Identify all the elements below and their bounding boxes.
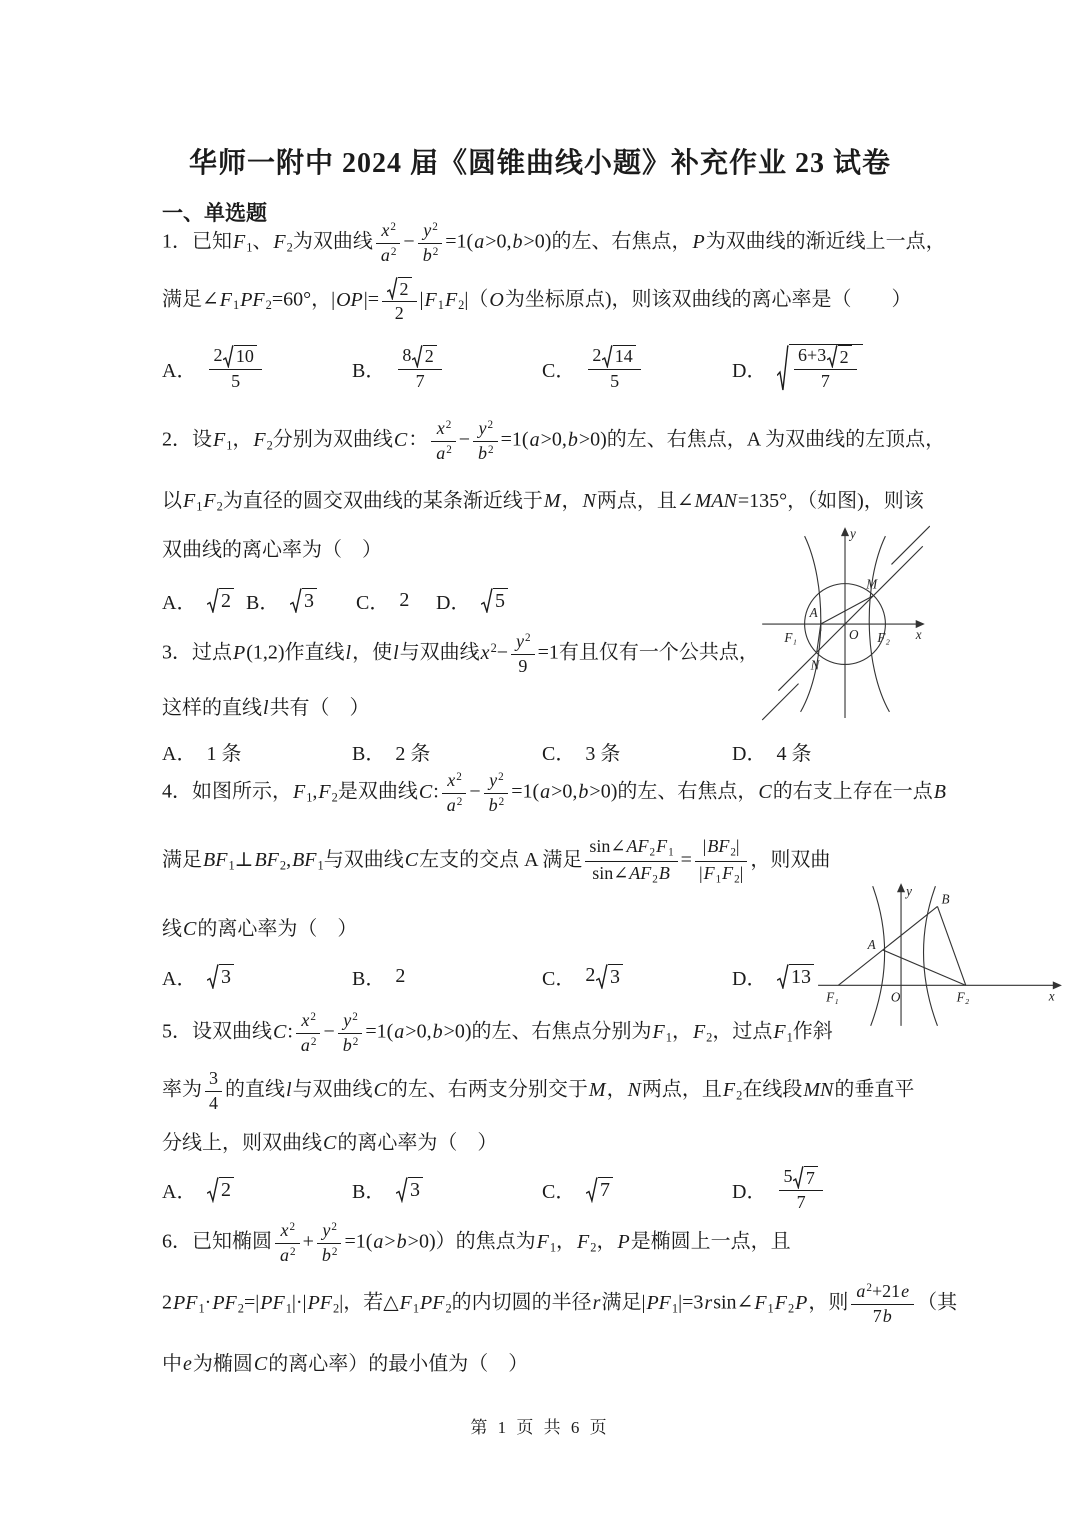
q4-option-a: A．3 xyxy=(162,962,352,991)
q2-option-a: A．2 xyxy=(162,586,246,615)
q4-line-2: 满足BF1⊥BF2,BF1与双曲线C左支的交点 A 满足sin∠AF2F1sin… xyxy=(162,836,830,886)
segment-AM xyxy=(821,596,874,624)
option-label: C． xyxy=(356,586,389,615)
asymptote-line xyxy=(778,546,922,690)
option-label: B． xyxy=(352,737,385,766)
label-M: M xyxy=(865,577,878,592)
q3-line-1: 3．过点P(1,2)作直线l，使l与双曲线x2−y29=1有且仅有一个公共点， xyxy=(162,631,759,677)
q2-option-d: D．5 xyxy=(436,586,509,615)
option-label: C． xyxy=(542,354,575,383)
option-label: A． xyxy=(162,737,196,766)
q2-line-3: 双曲线的离心率为（ ） xyxy=(162,538,382,563)
option-value: 2 xyxy=(206,1177,235,1202)
hyperbola-left-branch xyxy=(871,886,885,1026)
option-label: A． xyxy=(162,962,196,991)
option-value: 1 条 xyxy=(206,737,241,766)
q6-line-1: 6．已知椭圆x2a2+y2b2=1(a>b>0)）的焦点为F1，F2，P是椭圆上… xyxy=(162,1220,791,1266)
option-label: B． xyxy=(352,354,385,383)
q5-line-2: 率为34的直线l与双曲线C的左、右两支分别交于M，N两点，且F2在线段MN的垂直… xyxy=(162,1068,914,1114)
option-label: D． xyxy=(732,354,766,383)
q5-line-3: 分线上，则双曲线C的离心率为（ ） xyxy=(162,1131,497,1156)
option-label: C． xyxy=(542,737,575,766)
option-label: D． xyxy=(732,1175,766,1204)
q3-options: A．1 条 B．2 条 C．3 条 D．4 条 xyxy=(162,737,922,766)
option-value: 3 xyxy=(395,1177,424,1202)
q2-figure: y x M N A O F₁ F₂ xyxy=(758,520,930,722)
q2-line-1: 2．设F1，F2分别为双曲线C：x2a2−y2b2=1(a>0,b>0)的左、右… xyxy=(162,418,945,464)
q6-line-2: 2PF1·PF2=|PF1|·|PF2|，若△F1PF2的内切圆的半径r满足|P… xyxy=(162,1281,957,1327)
q5-option-a: A．2 xyxy=(162,1175,352,1204)
exam-page: 华师一附中 2024 届《圆锥曲线小题》补充作业 23 试卷 一、单选题 1．已… xyxy=(0,0,1080,1528)
option-value: 2 xyxy=(399,589,409,612)
option-value: 577 xyxy=(776,1166,825,1214)
label-B: B xyxy=(942,891,950,906)
label-A: A xyxy=(809,605,819,620)
page-title: 华师一附中 2024 届《圆锥曲线小题》补充作业 23 试卷 xyxy=(0,141,1080,181)
option-label: A． xyxy=(162,354,196,383)
q1-option-a: A．2105 xyxy=(162,345,352,393)
label-F2: F₂ xyxy=(876,630,890,645)
option-label: A． xyxy=(162,1175,196,1204)
q5-option-b: B．3 xyxy=(352,1175,542,1204)
option-value: 3 条 xyxy=(585,737,620,766)
q4-line-3: 线C的离心率为（ ） xyxy=(162,917,357,942)
option-value: 2105 xyxy=(206,345,264,393)
option-value: 2145 xyxy=(585,345,643,393)
label-x: x xyxy=(1048,989,1055,1004)
q2-option-b: B．3 xyxy=(246,586,356,615)
option-value: 3 xyxy=(289,588,318,613)
y-axis-arrow xyxy=(897,883,905,892)
q5-option-d: D．577 xyxy=(732,1166,922,1214)
label-N: N xyxy=(810,657,821,672)
option-value: 3 xyxy=(206,964,235,989)
q3-line-2: 这样的直线l共有（ ） xyxy=(162,696,370,721)
q5-option-c: C．7 xyxy=(542,1175,732,1204)
label-O: O xyxy=(849,627,859,642)
q3-option-a: A．1 条 xyxy=(162,737,352,766)
q4-figure: y x B A O F₁ F₂ xyxy=(812,878,1070,1030)
option-value: 23 xyxy=(585,964,624,989)
option-value: 13 xyxy=(776,964,815,989)
page-footer: 第 1 页 共 6 页 xyxy=(0,1413,1080,1438)
option-label: A． xyxy=(162,586,196,615)
hyperbola-right-branch xyxy=(924,886,938,1026)
option-value: 827 xyxy=(395,345,444,393)
label-y: y xyxy=(904,883,912,898)
q5-options: A．2 B．3 C．7 D．577 xyxy=(162,1166,922,1214)
q2-options: A．2 B．3 C．2 D．5 xyxy=(162,586,509,615)
q4-options: A．3 B．2 C．23 D．13 xyxy=(162,962,922,991)
option-value: 7 xyxy=(585,1177,614,1202)
q3-option-c: C．3 条 xyxy=(542,737,732,766)
q2-line-2: 以F1F2为直径的圆交双曲线的某条渐近线于M，N两点，且∠MAN=135°，（如… xyxy=(162,489,924,515)
label-O: O xyxy=(891,990,901,1005)
q6-line-3: 中e为椭圆C的离心率）的最小值为（ ） xyxy=(162,1352,528,1377)
option-label: D． xyxy=(436,586,470,615)
y-axis-arrow xyxy=(841,527,849,536)
segment-BF2 xyxy=(937,906,965,985)
q5-line-1: 5．设双曲线C:x2a2−y2b2=1(a>0,b>0)的左、右焦点分别为F1，… xyxy=(162,1010,833,1056)
q1-line-1: 1．已知F1、F2为双曲线x2a2−y2b2=1(a>0,b>0)的左、右焦点，… xyxy=(162,220,946,266)
q4-line-1: 4．如图所示，F1,F2是双曲线C:x2a2−y2b2=1(a>0,b>0)的左… xyxy=(162,770,947,816)
q3-option-b: B．2 条 xyxy=(352,737,542,766)
segment-AF2 xyxy=(883,950,966,985)
option-label: D． xyxy=(732,737,766,766)
q2-option-c: C．2 xyxy=(356,586,436,615)
segment-F1B xyxy=(838,906,937,985)
option-label: C． xyxy=(542,1175,575,1204)
q1-option-d: D．6+327 xyxy=(732,344,922,393)
q4-option-c: C．23 xyxy=(542,962,732,991)
q3-option-d: D．4 条 xyxy=(732,737,922,766)
option-label: D． xyxy=(732,962,766,991)
option-value: 2 条 xyxy=(395,737,430,766)
q1-options: A．2105 B．827 C．2145 D．6+327 xyxy=(162,344,922,393)
option-value: 5 xyxy=(480,588,509,613)
q4-figure-svg: y x B A O F₁ F₂ xyxy=(812,878,1070,1030)
q1-option-c: C．2145 xyxy=(542,345,732,393)
q1-option-b: B．827 xyxy=(352,345,542,393)
label-x: x xyxy=(915,627,922,642)
label-F1: F₁ xyxy=(825,990,839,1005)
option-value: 2 xyxy=(206,588,235,613)
option-value: 6+327 xyxy=(776,344,863,393)
option-label: C． xyxy=(542,962,575,991)
option-label: B． xyxy=(352,1175,385,1204)
label-F2: F₂ xyxy=(956,990,970,1005)
option-value: 4 条 xyxy=(776,737,811,766)
label-y: y xyxy=(848,526,856,541)
option-label: B． xyxy=(352,962,385,991)
option-label: B． xyxy=(246,586,279,615)
q2-figure-svg: y x M N A O F₁ F₂ xyxy=(758,520,930,722)
label-F1: F₁ xyxy=(783,630,797,645)
q1-line-2: 满足∠F1PF2=60°，|OP|=22|F1F2|（O为坐标原点)，则该双曲线… xyxy=(162,277,912,325)
q4-option-b: B．2 xyxy=(352,962,542,991)
option-value: 2 xyxy=(395,965,405,988)
label-A: A xyxy=(867,937,877,952)
